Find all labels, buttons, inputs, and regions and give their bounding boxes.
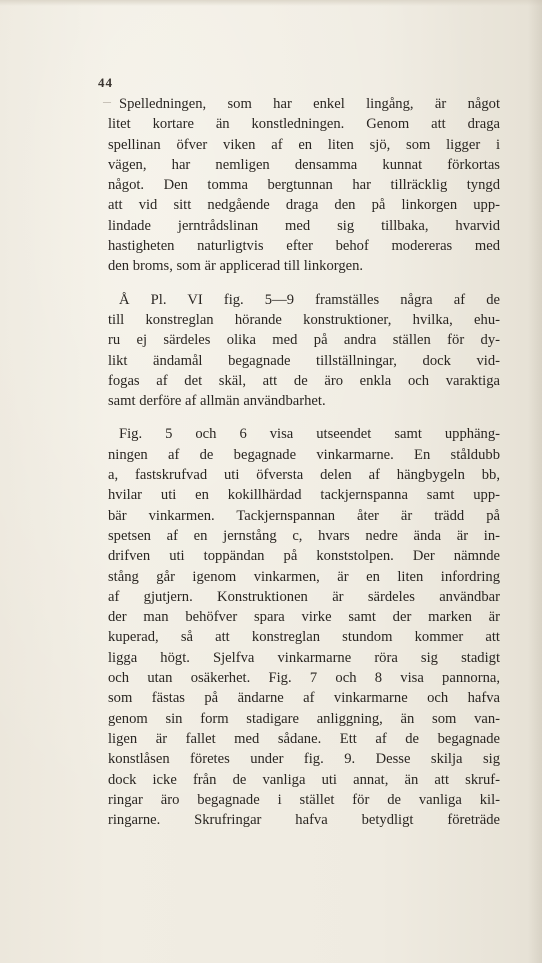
page-right-edge-shadow <box>528 0 542 963</box>
text-line: a, fastskrufvad uti öfversta delen af hä… <box>108 465 500 485</box>
text-line: bär vinkarmen. Tackjernspannan åter är t… <box>108 506 500 526</box>
text-line: vägen, har nemligen densamma kunnat förk… <box>108 155 500 175</box>
text-line: att vid sitt nedgående draga den på link… <box>108 195 500 215</box>
text-line: ningen af de begagnade vinkarmarne. En s… <box>108 445 500 465</box>
text-line: till konstreglan hörande konstruktioner,… <box>108 310 500 330</box>
text-line: drifven uti toppändan på konststolpen. D… <box>108 546 500 566</box>
text-line: ru ej särdeles olika med på andra ställe… <box>108 330 500 350</box>
paragraph-2: Å Pl. VI fig. 5—9 framställes några af d… <box>108 290 500 412</box>
text-line: den broms, som är applicerad till linkor… <box>108 256 500 276</box>
paragraph-1: Spelledningen, som har enkel lingång, är… <box>108 94 500 277</box>
text-line: lindade jerntrådslinan med sig tillbaka,… <box>108 216 500 236</box>
text-line: litet kortare än konstledningen. Genom a… <box>108 114 500 134</box>
text-line: Å Pl. VI fig. 5—9 framställes några af d… <box>108 290 500 310</box>
text-line: ligga högt. Sjelfva vinkarmarne röra sig… <box>108 648 500 668</box>
text-line: af gjutjern. Konstruktionen är särdeles … <box>108 587 500 607</box>
scanned-book-page: 44 ― Spelledningen, som har enkel lingån… <box>0 0 542 963</box>
text-line: ringarne. Skrufringar hafva betydligt fö… <box>108 810 500 830</box>
text-line: ligen är fallet med sådane. Ett af de be… <box>108 729 500 749</box>
text-line: ringar äro begagnade i stället för de va… <box>108 790 500 810</box>
text-line: konstlåsen företes under fig. 9. Desse s… <box>108 749 500 769</box>
text-line: der man behöfver spara virke samt der ma… <box>108 607 500 627</box>
text-line: spetsen af en jernstång c, hvars nedre ä… <box>108 526 500 546</box>
text-line: stång går igenom vinkarmen, är en liten … <box>108 567 500 587</box>
text-line: hvilar uti en kokillhärdad tackjernspann… <box>108 485 500 505</box>
paragraph-3: Fig. 5 och 6 visa utseendet samt upphäng… <box>108 424 500 830</box>
paragraph-spacer <box>108 277 500 290</box>
text-line: dock icke från de vanliga uti annat, än … <box>108 770 500 790</box>
text-line: kuperad, så att konstreglan stundom komm… <box>108 627 500 647</box>
text-line: likt ändamål begagnade tillställningar, … <box>108 351 500 371</box>
paragraph-spacer <box>108 411 500 424</box>
text-line: samt derföre af allmän användbarhet. <box>108 391 500 411</box>
text-line: hastigheten naturligtvis efter behof mod… <box>108 236 500 256</box>
text-line: och utan osäkerhet. Fig. 7 och 8 visa pa… <box>108 668 500 688</box>
text-line: fogas af det skäl, att de äro enkla och … <box>108 371 500 391</box>
body-text: Spelledningen, som har enkel lingång, är… <box>108 94 500 830</box>
text-line: som fästas på ändarne af vinkarmarne och… <box>108 688 500 708</box>
page-top-edge <box>0 0 542 6</box>
text-line: spellinan öfver viken af en liten sjö, s… <box>108 135 500 155</box>
page-number: 44 <box>98 75 113 91</box>
text-line: genom sin form stadigare anliggning, än … <box>108 709 500 729</box>
text-line: något. Den tomma bergtunnan har tillräck… <box>108 175 500 195</box>
text-line: Spelledningen, som har enkel lingång, är… <box>108 94 500 114</box>
text-line: Fig. 5 och 6 visa utseendet samt upphäng… <box>108 424 500 444</box>
